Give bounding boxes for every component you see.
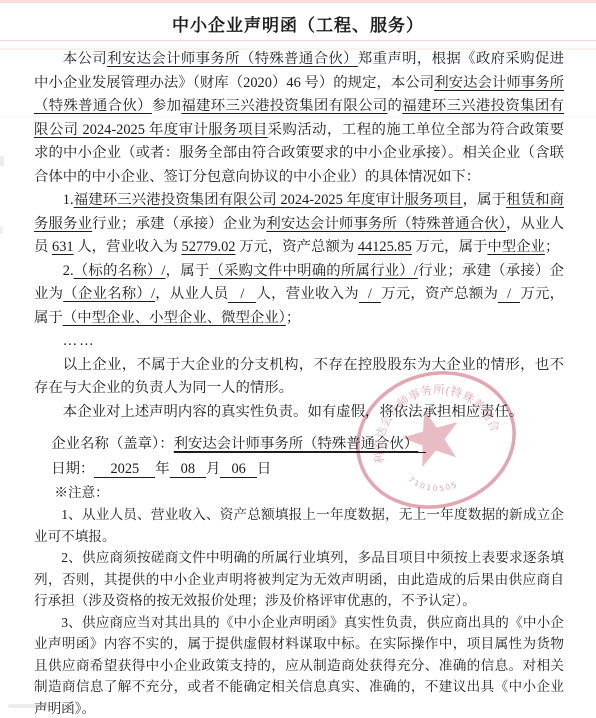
- supplier-name: 利安达会计师事务所（特殊普通合伙）: [107, 51, 358, 67]
- subject-placeholder: （标的名称）/: [74, 263, 166, 279]
- responsibility-paragraph: 本企业对上述声明内容的真实性负责。如有虚假，将依法承担相应责任。: [34, 401, 564, 425]
- notes-section: ※注意： 1、从业人员、营业收入、资产总额填报上一年度数据，无上一年度数据的新成…: [34, 482, 564, 718]
- item-number: 1.: [63, 192, 74, 208]
- employee-blank: /: [228, 286, 256, 303]
- item-1: 1.福建环三兴港投资集团有限公司 2024-2025 年度审计服务项目，属于租赁…: [34, 189, 564, 260]
- employee-count: 631: [52, 239, 74, 255]
- note-2: 2、供应商须按磋商文件中明确的所属行业填列，多品目项目中须按上表要求逐条填列，否…: [34, 547, 564, 612]
- scan-artifact: [0, 0, 596, 3]
- text: ；: [545, 239, 559, 255]
- text: 参加: [152, 98, 181, 114]
- size-placeholder: （中型企业、小型企业、微型企业）: [63, 310, 286, 326]
- day-unit: 日: [257, 461, 271, 477]
- text: ，从业人员: [155, 286, 228, 302]
- revenue-blank: /: [359, 286, 381, 303]
- scan-artifact: [0, 40, 596, 41]
- item-2: 2.（标的名称）/，属于（采购文件中明确的所属行业）/行业；承建（承接）企业为（…: [34, 260, 564, 331]
- year-unit: 年: [155, 461, 169, 477]
- text: 的: [388, 98, 403, 114]
- text: 行业；承建（承接）企业为: [92, 216, 266, 232]
- revenue-value: 52779.02: [182, 239, 236, 255]
- company-seal-label: 企业名称（盖章）：: [51, 436, 173, 452]
- text: ，属于: [165, 263, 209, 279]
- company-name-value: 利安达会计师事务所（特殊普通合伙）: [174, 436, 427, 453]
- text: 人，营业收入为: [74, 239, 182, 255]
- document-body: 本公司利安达会计师事务所（特殊普通合伙）郑重声明，根据《政府采购促进中小企业发展…: [34, 48, 564, 718]
- date-month: 08: [170, 461, 206, 478]
- declaration-paragraph: 本公司利安达会计师事务所（特殊普通合伙）郑重声明，根据《政府采购促进中小企业发展…: [34, 48, 564, 189]
- date-year: 2025: [94, 461, 155, 478]
- note-1: 1、从业人员、营业收入、资产总额填报上一年度数据，无上一年度数据的新成立企业可不…: [34, 504, 564, 547]
- industry-placeholder: （采购文件中明确的所属行业）/: [209, 263, 417, 279]
- date-line: 日期：2025年08月06日: [34, 457, 564, 482]
- company-name-line: 企业名称（盖章）：利安达会计师事务所（特殊普通合伙）: [34, 432, 564, 457]
- text: 万元，资产总额为: [236, 239, 358, 255]
- project-name: 福建环三兴港投资集团有限公司 2024-2025 年度审计服务项目: [74, 192, 463, 208]
- enterprise-size: 中型企业: [487, 239, 545, 255]
- date-day: 06: [220, 461, 256, 478]
- notes-header: ※注意：: [34, 482, 564, 504]
- assets-value: 44125.85: [358, 239, 412, 255]
- company-placeholder: （企业名称）/: [63, 286, 155, 302]
- item-number: 2.: [63, 263, 74, 279]
- text: 人，营业收入为: [256, 286, 359, 302]
- contractor-name: 利安达会计师事务所（特殊普通合伙）: [266, 216, 506, 232]
- signature-block: 企业名称（盖章）：利安达会计师事务所（特殊普通合伙） 日期：2025年08月06…: [34, 432, 564, 482]
- scan-artifact: [0, 226, 3, 234]
- text: 万元，资产总额为: [381, 286, 498, 302]
- month-unit: 月: [206, 461, 220, 477]
- ellipsis-line: ……: [34, 330, 564, 354]
- no-affiliation-paragraph: 以上企业，不属于大企业的分支机构，不存在控股股东为大企业的情形，也不存在与大企业…: [34, 354, 564, 401]
- assets-blank: /: [498, 286, 520, 303]
- declaration-document: 中小企业声明函（工程、服务） 本公司利安达会计师事务所（特殊普通合伙）郑重声明，…: [0, 0, 596, 718]
- text: 万元，属于: [412, 239, 488, 255]
- note-3: 3、供应商应当对其出具的《中小企业声明函》真实性负责，供应商出具的《中小企业声明…: [34, 612, 564, 718]
- text: ，属于: [463, 192, 507, 208]
- text: 本公司: [63, 51, 107, 67]
- purchaser-name: 福建环三兴港投资集团有限公司: [181, 98, 387, 114]
- document-title: 中小企业声明函（工程、服务）: [0, 11, 596, 36]
- date-label: 日期：: [51, 461, 94, 477]
- scan-artifact: [0, 156, 4, 166]
- text: ；: [286, 310, 300, 326]
